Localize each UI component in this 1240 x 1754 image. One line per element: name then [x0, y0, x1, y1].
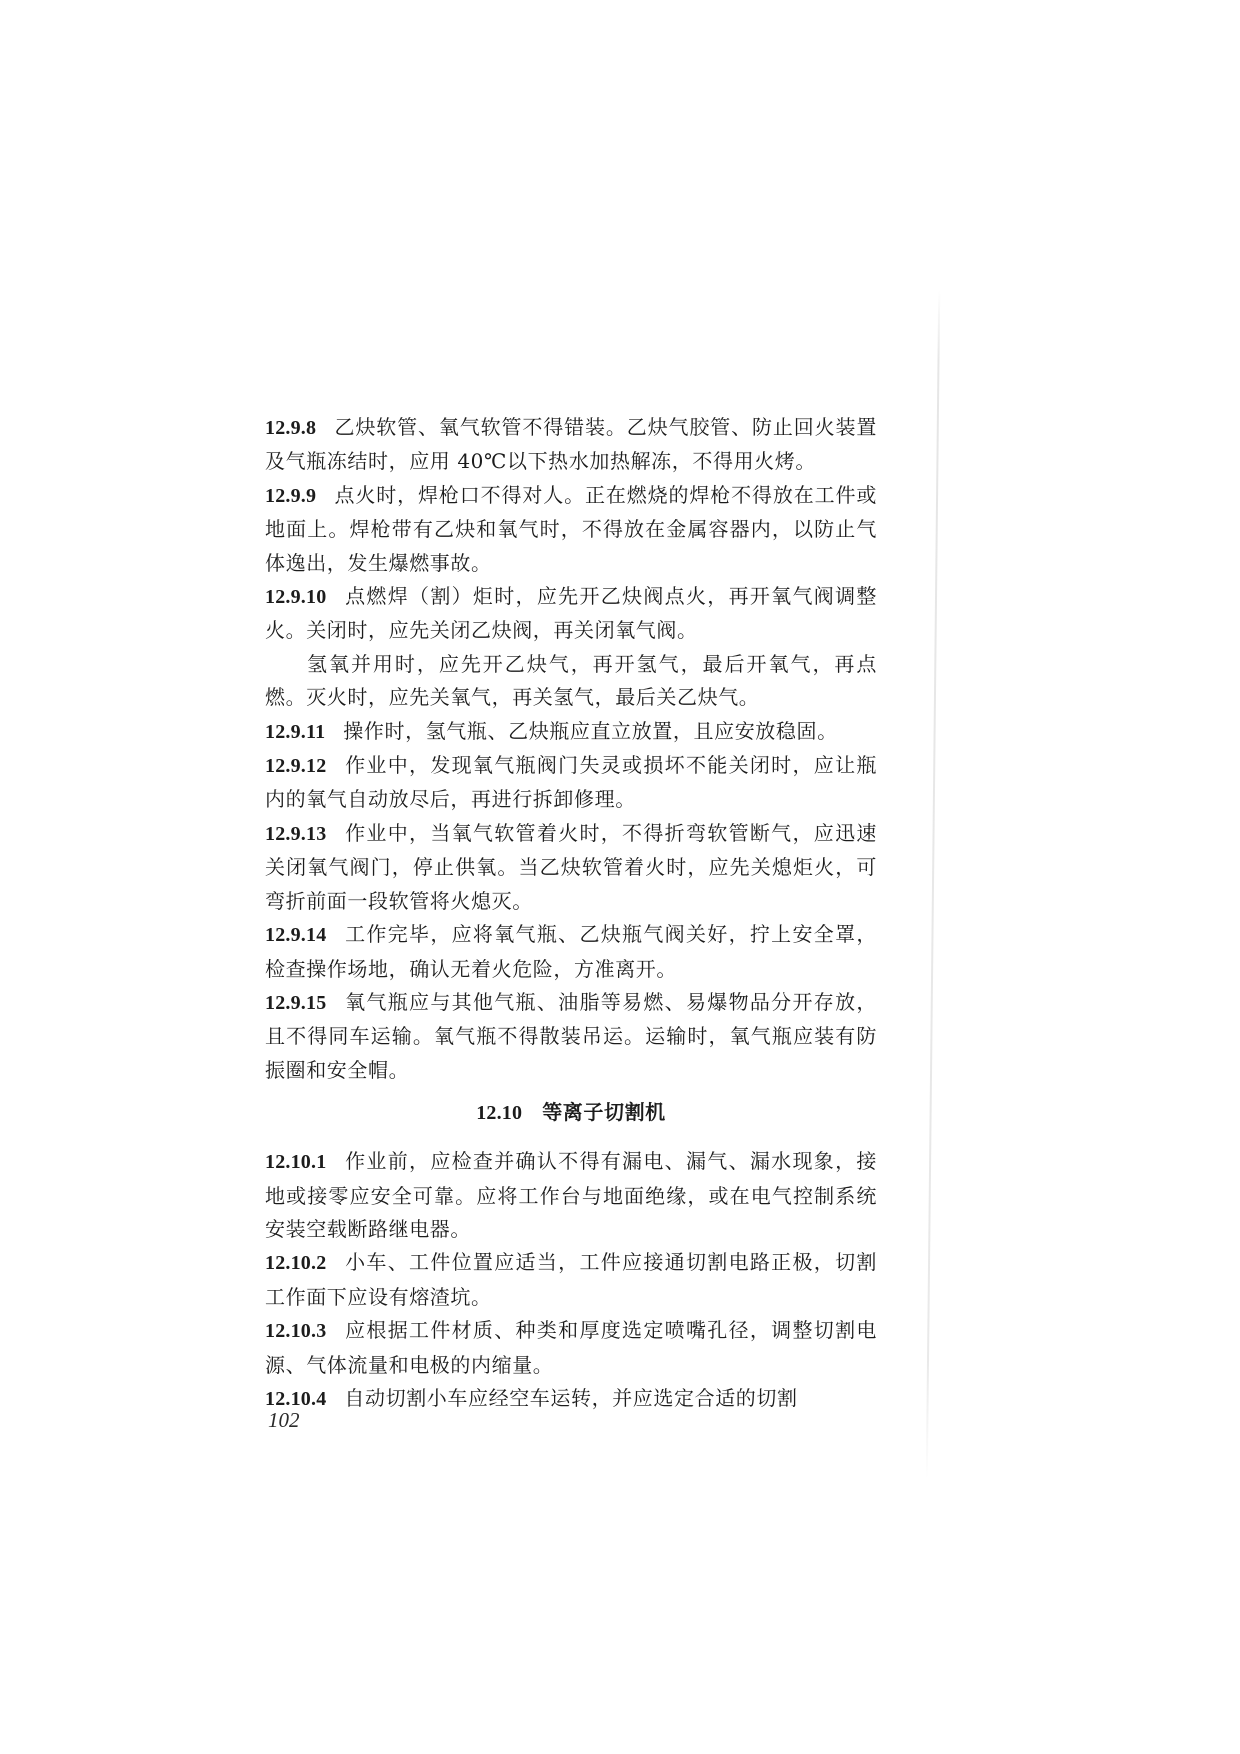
clause-text: 工作完毕，应将氧气瓶、乙炔瓶气阀关好，拧上安全罩，检查操作场地，确认无着火危险，…: [265, 922, 877, 980]
clause-12-9-14: 12.9.14工作完毕，应将氧气瓶、乙炔瓶气阀关好，拧上安全罩，检查操作场地，确…: [265, 918, 877, 986]
clause-text: 应根据工件材质、种类和厚度选定喷嘴孔径，调整切割电源、气体流量和电极的内缩量。: [265, 1318, 877, 1376]
clause-text: 操作时，氢气瓶、乙炔瓶应直立放置，且应安放稳固。: [343, 719, 837, 743]
clause-text: 小车、工件位置应适当，工件应接通切割电路正极，切割工作面下应设有熔渣坑。: [265, 1250, 877, 1308]
clause-12-9-8: 12.9.8乙炔软管、氧气软管不得错装。乙炔气胶管、防止回火装置及气瓶冻结时，应…: [265, 411, 877, 479]
clause-number: 12.9.10: [265, 586, 326, 608]
clause-12-10-1: 12.10.1作业前，应检查并确认不得有漏电、漏气、漏水现象，接地或接零应安全可…: [265, 1145, 877, 1246]
clause-12-9-11: 12.9.11操作时，氢气瓶、乙炔瓶应直立放置，且应安放稳固。: [265, 715, 877, 749]
clause-12-9-13: 12.9.13作业中，当氧气软管着火时，不得折弯软管断气，应迅速关闭氧气阀门，停…: [265, 817, 877, 918]
clause-text: 点燃焊（割）炬时，应先开乙炔阀点火，再开氧气阀调整火。关闭时，应先关闭乙炔阀，再…: [265, 584, 877, 642]
clause-12-9-15: 12.9.15氧气瓶应与其他气瓶、油脂等易燃、易爆物品分开存放，且不得同车运输。…: [265, 986, 877, 1087]
clause-number: 12.10.3: [265, 1320, 326, 1342]
clause-12-9-10: 12.9.10点燃焊（割）炬时，应先开乙炔阀点火，再开氧气阀调整火。关闭时，应先…: [265, 580, 877, 648]
clause-number: 12.9.14: [265, 924, 326, 946]
clause-text: 作业中，当氧气软管着火时，不得折弯软管断气，应迅速关闭氧气阀门，停止供氧。当乙炔…: [265, 821, 877, 913]
clause-text: 作业中，发现氧气瓶阀门失灵或损坏不能关闭时，应让瓶内的氧气自动放尽后，再进行拆卸…: [265, 753, 877, 811]
clause-number: 12.9.8: [265, 417, 316, 439]
clause-12-9-12: 12.9.12作业中，发现氧气瓶阀门失灵或损坏不能关闭时，应让瓶内的氧气自动放尽…: [265, 749, 877, 817]
clause-12-9-9: 12.9.9点火时，焊枪口不得对人。正在燃烧的焊枪不得放在工件或地面上。焊枪带有…: [265, 479, 877, 580]
clause-text: 自动切割小车应经空车运转，并应选定合适的切割: [344, 1386, 797, 1410]
section-heading-12-10: 12.10等离子切割机: [265, 1096, 877, 1130]
clause-number: 12.10.4: [265, 1388, 326, 1410]
clause-12-10-4: 12.10.4自动切割小车应经空车运转，并应选定合适的切割: [265, 1382, 877, 1416]
page-number: 102: [268, 1408, 300, 1433]
clause-text: 作业前，应检查并确认不得有漏电、漏气、漏水现象，接地或接零应安全可靠。应将工作台…: [265, 1149, 877, 1241]
clause-number: 12.9.12: [265, 755, 326, 777]
section-number: 12.10: [476, 1102, 522, 1124]
clause-text: 氧气瓶应与其他气瓶、油脂等易燃、易爆物品分开存放，且不得同车运输。氧气瓶不得散装…: [265, 990, 877, 1082]
clause-number: 12.9.11: [265, 721, 325, 743]
clause-number: 12.9.13: [265, 823, 326, 845]
clause-number: 12.9.15: [265, 992, 326, 1014]
page-edge-shadow: [926, 290, 940, 1480]
clause-12-9-10-continuation: 氢氧并用时，应先开乙炔气，再开氢气，最后开氧气，再点燃。灭火时，应先关氧气，再关…: [265, 648, 877, 715]
section-title: 等离子切割机: [542, 1100, 666, 1124]
clause-number: 12.9.9: [265, 485, 316, 507]
clause-12-10-3: 12.10.3应根据工件材质、种类和厚度选定喷嘴孔径，调整切割电源、气体流量和电…: [265, 1314, 877, 1382]
clause-number: 12.10.1: [265, 1151, 326, 1173]
clause-12-10-2: 12.10.2小车、工件位置应适当，工件应接通切割电路正极，切割工作面下应设有熔…: [265, 1246, 877, 1314]
page-body: 12.9.8乙炔软管、氧气软管不得错装。乙炔气胶管、防止回火装置及气瓶冻结时，应…: [265, 411, 877, 1416]
clause-text: 点火时，焊枪口不得对人。正在燃烧的焊枪不得放在工件或地面上。焊枪带有乙炔和氧气时…: [265, 483, 877, 575]
clause-text: 乙炔软管、氧气软管不得错装。乙炔气胶管、防止回火装置及气瓶冻结时，应用 40℃以…: [265, 415, 877, 473]
clause-number: 12.10.2: [265, 1252, 326, 1274]
